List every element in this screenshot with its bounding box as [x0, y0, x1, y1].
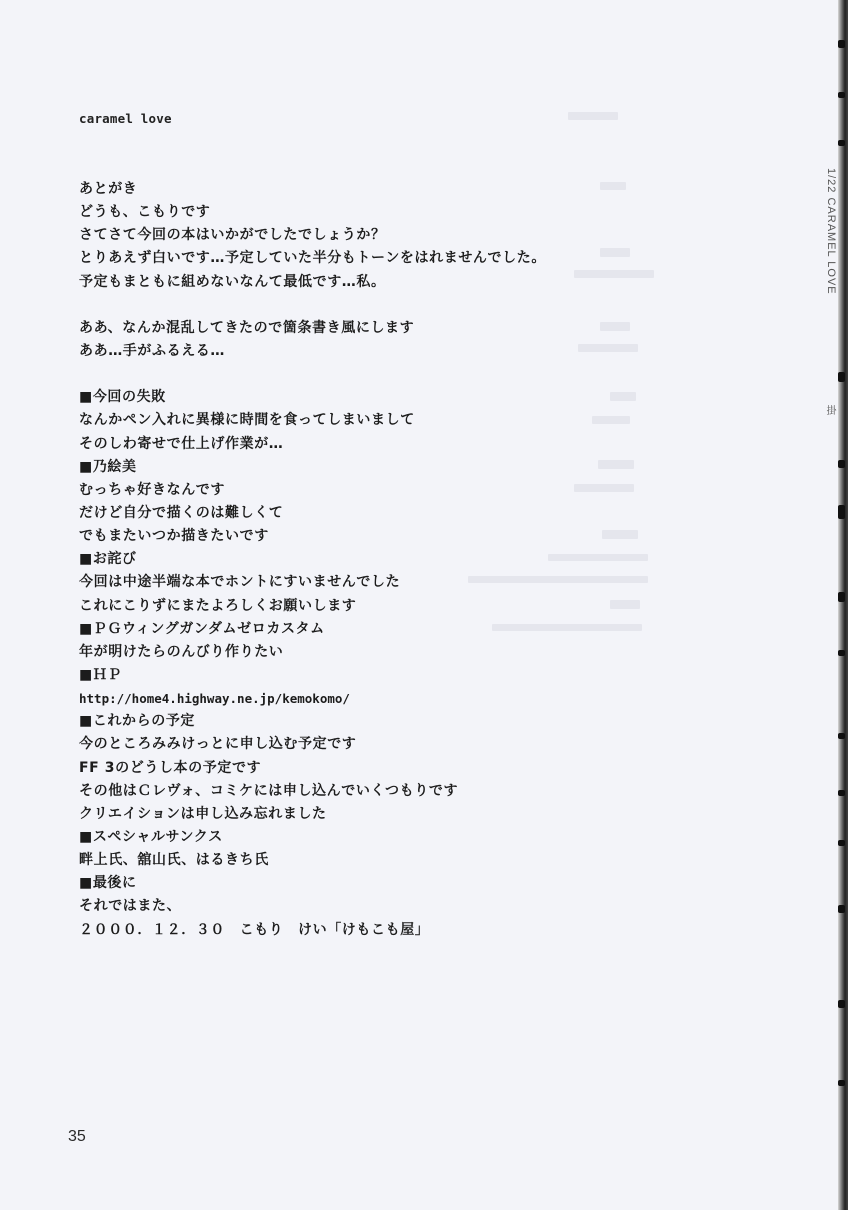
- section-heading-schedule: ■これからの予定: [79, 710, 719, 733]
- spine-mark: [838, 372, 845, 382]
- binding-spine: [838, 0, 848, 1210]
- section-heading-finally: ■最後に: [79, 872, 719, 895]
- text-line: でもまたいつか描きたいです: [79, 525, 719, 548]
- afterword-heading: あとがき: [79, 178, 719, 201]
- text-line: 今のところみみけっとに申し込む予定です: [79, 733, 719, 756]
- blank-line: [79, 294, 719, 317]
- section-heading-special-thanks: ■スペシャルサンクス: [79, 826, 719, 849]
- spine-mark: [838, 905, 845, 913]
- blank-line: [79, 363, 719, 386]
- spine-mark: [838, 1000, 845, 1008]
- spine-label: 1/22 CARAMEL LOVE: [825, 168, 837, 295]
- homepage-url: http://home4.highway.ne.jp/kemokomo/: [79, 687, 719, 710]
- afterword-body: あとがき どうも、こもりです さてさて今回の本はいかがでしたでしょうか？ とりあ…: [79, 178, 719, 942]
- text-line: 年が明けたらのんびり作りたい: [79, 641, 719, 664]
- spine-mark: [838, 1080, 845, 1086]
- spine-kanji: 掛: [822, 405, 837, 415]
- text-line: それではまた、: [79, 895, 719, 918]
- spine-mark: [838, 733, 845, 739]
- spine-mark: [838, 650, 845, 656]
- spine-mark: [838, 460, 845, 468]
- text-line: 予定もまともに組めないなんて最低です…私。: [79, 271, 719, 294]
- signature-line: ２０００．１２．３０ こもり けい「けもこも屋」: [79, 919, 719, 942]
- spine-mark: [838, 40, 845, 48]
- spine-mark: [838, 505, 845, 519]
- section-heading-homepage: ■ＨＰ: [79, 664, 719, 687]
- section-heading-failures: ■今回の失敗: [79, 386, 719, 409]
- text-line: なんかペン入れに異様に時間を食ってしまいまして: [79, 409, 719, 432]
- section-heading-gundam: ■ＰＧウィングガンダムゼロカスタム: [79, 618, 719, 641]
- text-line: FF 3のどうし本の予定です: [79, 757, 719, 780]
- section-heading-noemi: ■乃絵美: [79, 456, 719, 479]
- text-line: だけど自分で描くのは難しくて: [79, 502, 719, 525]
- text-line: さてさて今回の本はいかがでしたでしょうか？: [79, 224, 719, 247]
- document-header-title: caramel love: [79, 111, 172, 126]
- text-line: どうも、こもりです: [79, 201, 719, 224]
- text-line: むっちゃ好きなんです: [79, 479, 719, 502]
- document-page: caramel love あとがき どうも、こもりです さてさて今回の本はいかが…: [0, 0, 848, 1210]
- text-line: ああ、なんか混乱してきたので箇条書き風にします: [79, 317, 719, 340]
- text-line: とりあえず白いです…予定していた半分もトーンをはれませんでした。: [79, 247, 719, 270]
- text-line: クリエイションは申し込み忘れました: [79, 803, 719, 826]
- spine-mark: [838, 592, 845, 602]
- text-line: これにこりずにまたよろしくお願いします: [79, 595, 719, 618]
- spine-mark: [838, 840, 845, 846]
- spine-mark: [838, 140, 845, 146]
- text-line: 畔上氏、舘山氏、はるきち氏: [79, 849, 719, 872]
- page-number: 35: [68, 1128, 86, 1146]
- spine-mark: [838, 92, 845, 98]
- section-heading-apology: ■お詫び: [79, 548, 719, 571]
- text-line: そのしわ寄せで仕上げ作業が…: [79, 433, 719, 456]
- text-line: ああ…手がふるえる…: [79, 340, 719, 363]
- text-line: その他はＣレヴォ、コミケには申し込んでいくつもりです: [79, 780, 719, 803]
- spine-mark: [838, 790, 845, 796]
- text-line: 今回は中途半端な本でホントにすいませんでした: [79, 571, 719, 594]
